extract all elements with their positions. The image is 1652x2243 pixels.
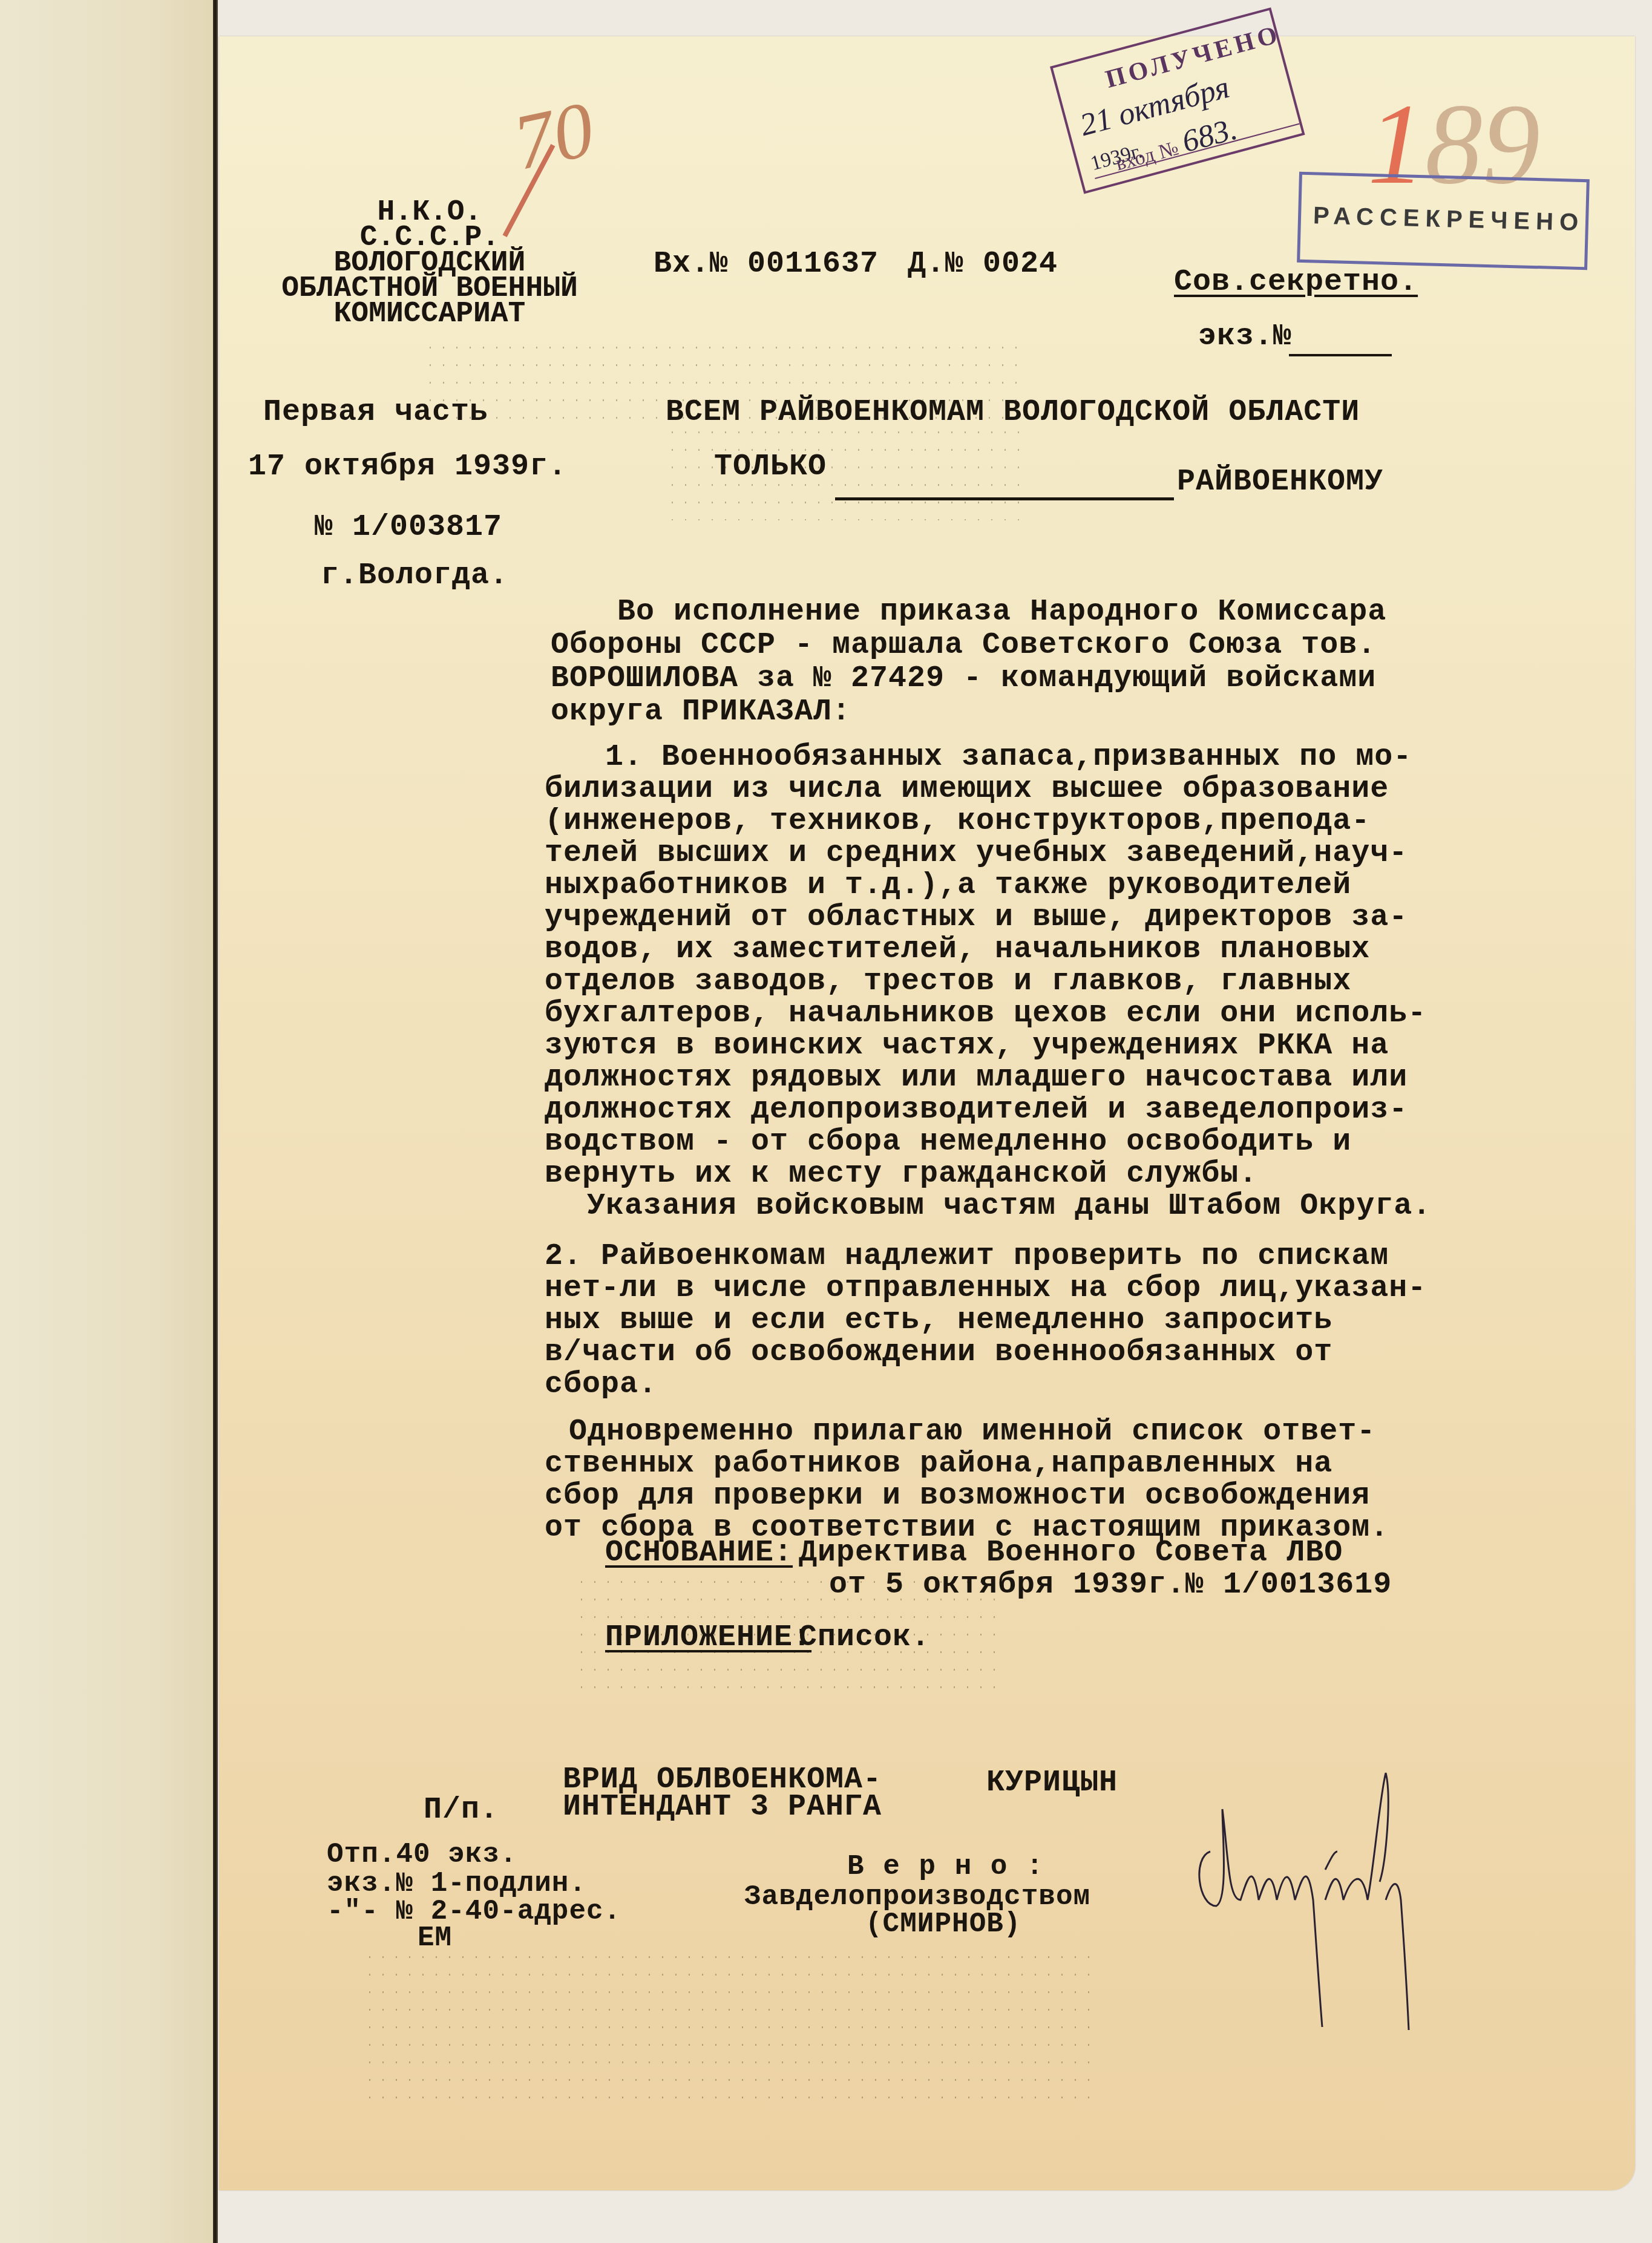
text-line: бухгалтеров, начальников цехов если они … [545, 998, 1426, 1030]
declassified-label: РАССЕКРЕЧЕНО [1313, 202, 1585, 237]
book-binding [213, 0, 218, 2243]
text-line: Одновременно прилагаю именной список отв… [569, 1416, 1375, 1449]
copies-count: Отп.40 экз. [327, 1839, 517, 1870]
org-line: КОМИССАРИАТ [260, 301, 599, 327]
text-line: отделов заводов, трестов и главков, глав… [545, 966, 1351, 998]
certifier-name: (СМИРНОВ) [865, 1909, 1021, 1939]
copy-2-note: -"- № 2-40-адрес. [327, 1896, 621, 1927]
city: г.Вологда. [321, 560, 508, 592]
text-line: водством - от сбора немедленно освободит… [545, 1126, 1351, 1159]
text-line: билизации из числа имеющих высшее образо… [545, 773, 1389, 806]
ink-bleed-speckle [363, 1948, 1089, 2106]
text-line: Обороны СССР - маршала Советского Союза … [551, 629, 1376, 662]
text-line: телей высших и средних учебных заведений… [545, 837, 1408, 870]
incoming-reference: Вх.№ 0011637 [654, 248, 879, 281]
certified-label: В е р н о : [847, 1852, 1044, 1882]
certifier-title: Завделопроизводством [744, 1882, 1090, 1912]
declassified-stamp: РАССЕКРЕЧЕНО [1297, 172, 1590, 270]
attachment-text: Список. [799, 1622, 930, 1654]
text-line: в/части об освобождении военнообязанных … [545, 1337, 1332, 1369]
text-line: сбора. [545, 1369, 657, 1401]
text-line: ВОРОШИЛОВА за № 27429 - командующий войс… [551, 663, 1376, 695]
signer-title-2: ИНТЕНДАНТ 3 РАНГА [563, 1791, 882, 1824]
addressee-blank-line [835, 497, 1174, 500]
text-line: 2. Райвоенкомам надлежит проверить по сп… [545, 1240, 1389, 1273]
text-line: должностях рядовых или младшего начсоста… [545, 1062, 1408, 1095]
addressee: ВСЕМ РАЙВОЕНКОМАМ ВОЛОГОДСКОЙ ОБЛАСТИ [666, 396, 1360, 429]
handwritten-signature [1186, 1761, 1440, 2039]
text-line: округа ПРИКАЗАЛ: [551, 696, 851, 729]
case-reference: Д.№ 0024 [908, 248, 1058, 281]
document-number: № 1/003817 [315, 511, 502, 544]
only-label: ТОЛЬКО [714, 451, 827, 483]
signer-name: КУРИЦЫН [986, 1767, 1118, 1799]
attachment-label: ПРИЛОЖЕНИЕ: [605, 1622, 811, 1654]
text-line: должностях делопроизводителей и заведело… [545, 1094, 1408, 1127]
copy-number-line [1289, 354, 1392, 356]
text-line: нет-ли в числе отправленных на сбор лиц,… [545, 1272, 1426, 1305]
text-line: водов, их заместителей, начальников план… [545, 934, 1370, 966]
text-line: зуются в воинских частях, учреждениях РК… [545, 1030, 1389, 1063]
text-line: 1. Военнообязанных запаса,призванных по … [605, 741, 1412, 774]
basis-label: ОСНОВАНИЕ: [605, 1537, 793, 1570]
text-line: ныхработников и т.д.),а также руководите… [545, 869, 1351, 902]
to-label: РАЙВОЕНКОМУ [1177, 466, 1383, 499]
text-line: ственных работников района,направленных … [545, 1448, 1332, 1481]
adjacent-page [0, 0, 218, 2243]
typist-initials: ЕМ [418, 1923, 452, 1953]
classification-label: Сов.секретно. [1174, 266, 1418, 299]
incoming-label: вход № [1113, 137, 1181, 175]
basis-date: от 5 октября 1939г.№ 1/0013619 [829, 1569, 1392, 1602]
text-line: сбор для проверки и возможности освобожд… [545, 1480, 1370, 1513]
text-line: вернуть их к месту гражданской службы. [545, 1158, 1257, 1191]
copy-label: экз.№ [1198, 321, 1292, 353]
pp-label: П/п. [424, 1794, 499, 1827]
document-date: 17 октября 1939г. [248, 451, 567, 483]
text-line: учреждений от областных и выше, директор… [545, 902, 1408, 934]
text-line: (инженеров, техников, конструкторов,преп… [545, 805, 1370, 838]
text-line: Во исполнение приказа Народного Комиссар… [617, 596, 1386, 629]
department-label: Первая часть [263, 396, 488, 429]
organization-header: Н.К.О. С.С.С.Р. ВОЛОГОДСКИЙ ОБЛАСТНОЙ ВО… [260, 200, 599, 327]
text-line: ных выше и если есть, немедленно запроси… [545, 1305, 1332, 1337]
text-line: Указания войсковым частям даны Штабом Ок… [587, 1190, 1431, 1223]
basis-text: Директива Военного Совета ЛВО [799, 1537, 1343, 1570]
copy-1-note: экз.№ 1-подлин. [327, 1868, 586, 1899]
